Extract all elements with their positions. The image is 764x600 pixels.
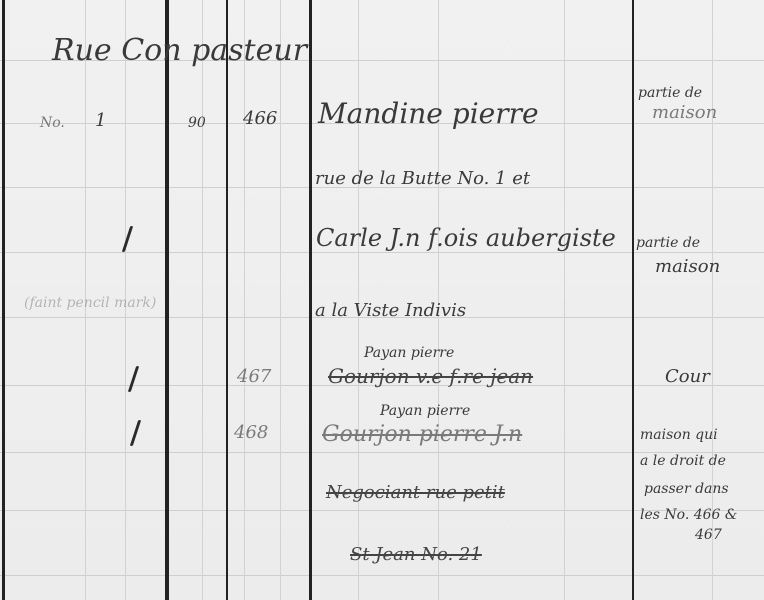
property-nature: maison (655, 258, 720, 276)
owner-address: rue de la Butte No. 1 et (315, 170, 530, 188)
column-border (226, 0, 228, 600)
owner-address-struck: St Jean No. 21 (350, 546, 482, 564)
margin-note: (faint pencil mark) (24, 296, 156, 310)
section-value: 90 (188, 116, 206, 130)
column-border (165, 0, 169, 600)
column-rule (280, 0, 281, 600)
column-rule (202, 0, 203, 600)
property-nature: partie de (636, 236, 700, 250)
count-mark (128, 366, 139, 392)
street-heading: Rue Con pasteur (52, 36, 307, 66)
property-nature: passer dans (644, 482, 729, 496)
row-number-label: No. (40, 116, 65, 130)
parcel-number: 466 (243, 110, 277, 128)
register-page: Rue Con pasteur No. 1 90 466 Mandine pie… (0, 0, 764, 600)
owner-name: Mandine pierre (318, 100, 539, 128)
owner-name-struck: Gourjon v.e f.re jean (328, 366, 533, 386)
property-nature: les No. 466 & (640, 508, 737, 522)
column-rule (564, 0, 565, 600)
ruling-line (0, 575, 764, 576)
property-nature: Cour (665, 368, 710, 386)
parcel-number: 468 (234, 424, 268, 442)
property-nature: a le droit de (640, 454, 726, 468)
property-nature: partie de (638, 86, 702, 100)
count-mark (130, 420, 141, 446)
owner-name-struck: Gourjon pierre J.n (322, 424, 522, 446)
property-nature: maison qui (640, 428, 718, 442)
property-nature: maison (652, 104, 717, 122)
column-rule (244, 0, 245, 600)
parcel-number: 467 (237, 368, 271, 386)
column-border (309, 0, 312, 600)
owner-correction: Payan pierre (364, 346, 454, 360)
column-border (632, 0, 634, 600)
property-nature: 467 (695, 528, 722, 542)
owner-correction: Payan pierre (380, 404, 470, 418)
column-border (2, 0, 5, 600)
count-value: 1 (95, 112, 106, 130)
owner-name: Carle J.n f.ois aubergiste (316, 226, 616, 250)
owner-address: a la Viste Indivis (315, 302, 466, 320)
ruling-line (0, 252, 764, 253)
count-mark (122, 226, 133, 252)
owner-address-struck: Negociant rue petit (326, 484, 505, 502)
